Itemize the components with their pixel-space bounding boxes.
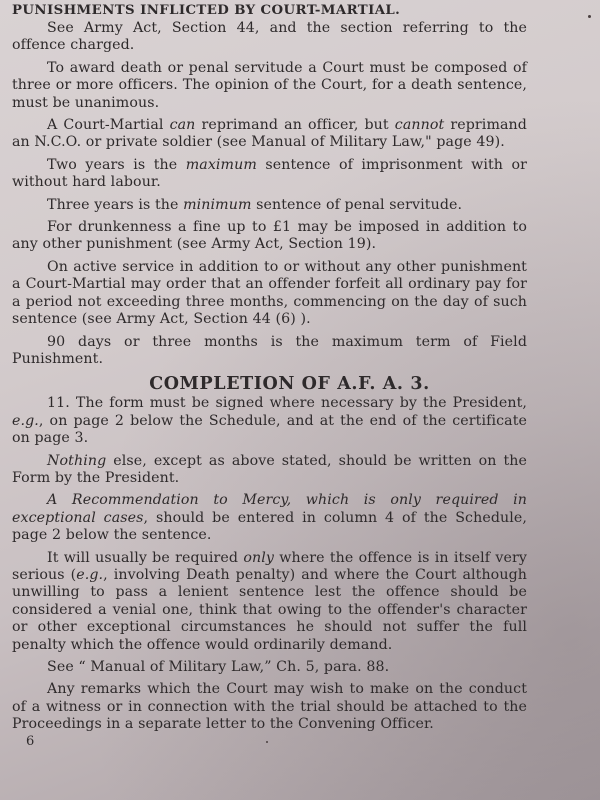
paragraph-p6: For drunkenness a fine up to £1 may be i… xyxy=(12,219,527,254)
paragraph-p5: Three years is the minimum sentence of p… xyxy=(12,197,527,214)
paper-speck xyxy=(266,741,268,743)
paragraph-p12: It will usually be required only where t… xyxy=(12,550,527,654)
page-heading: PUNISHMENTS INFLICTED BY COURT-MARTIAL. xyxy=(12,2,527,20)
section-heading: COMPLETION OF A.F. A. 3. xyxy=(12,373,527,395)
paper-speck xyxy=(588,15,591,18)
document-page: PUNISHMENTS INFLICTED BY COURT-MARTIAL. … xyxy=(12,2,527,739)
paragraph-p7: On active service in addition to or with… xyxy=(12,259,527,329)
paragraph-p14: Any remarks which the Court may wish to … xyxy=(12,681,527,733)
completion-section: 11. The form must be signed where necess… xyxy=(12,395,527,733)
paragraph-p10: Nothing else, except as above stated, sh… xyxy=(12,453,527,488)
paragraph-p9: 11. The form must be signed where necess… xyxy=(12,395,527,447)
paragraph-p11: A Recommendation to Mercy, which is only… xyxy=(12,492,527,544)
paragraph-p13: See “ Manual of Military Law,” Ch. 5, pa… xyxy=(12,659,527,676)
paragraph-p2: To award death or penal servitude a Cour… xyxy=(12,60,527,112)
paragraph-p4: Two years is the maximum sentence of imp… xyxy=(12,157,527,192)
paragraph-p3: A Court-Martial can reprimand an officer… xyxy=(12,117,527,152)
paragraph-p1: See Army Act, Section 44, and the sectio… xyxy=(12,20,527,55)
paragraph-p8: 90 days or three months is the maximum t… xyxy=(12,334,527,369)
page-number: 6 xyxy=(26,734,34,749)
punishments-section: See Army Act, Section 44, and the sectio… xyxy=(12,20,527,368)
